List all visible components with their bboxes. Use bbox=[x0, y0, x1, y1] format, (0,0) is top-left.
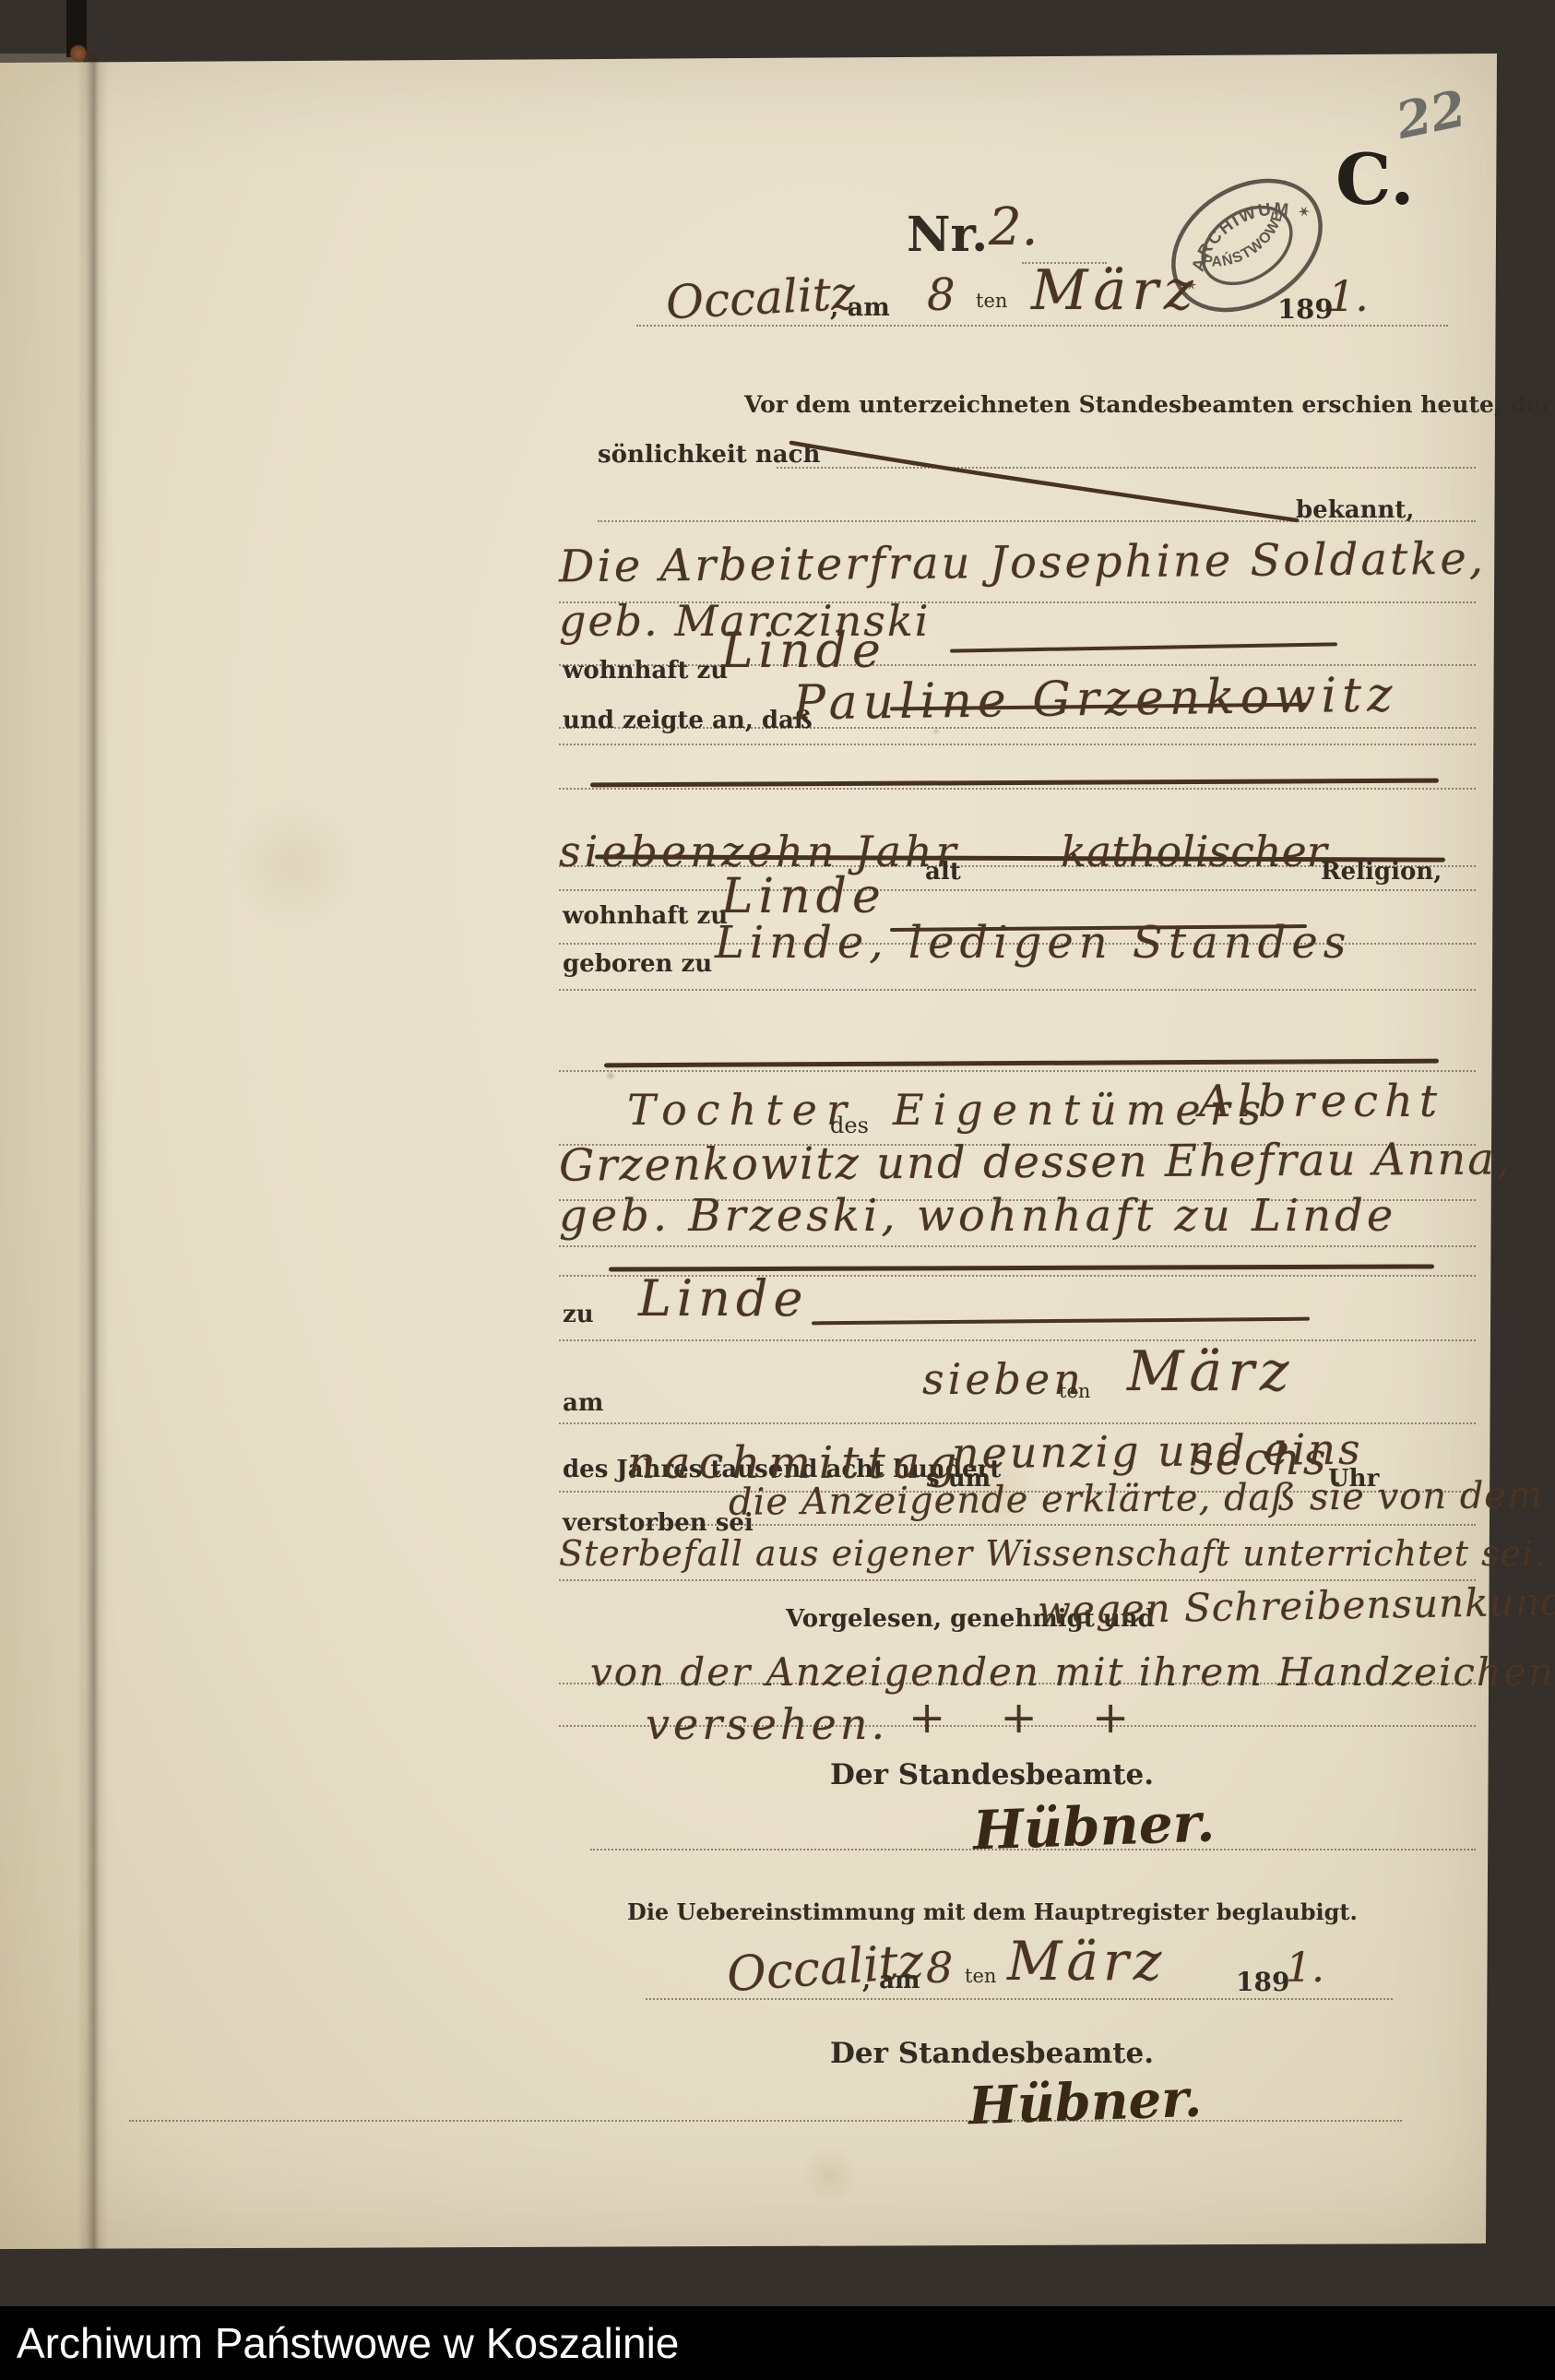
certification-line: Die Uebereinstimmung mit dem Hauptregist… bbox=[627, 1898, 1358, 1925]
registrar-signature-2: Hübner. bbox=[967, 2068, 1203, 2137]
corner-letter: C. bbox=[1335, 138, 1415, 220]
ink-rule-1-dots bbox=[559, 788, 1476, 790]
closing-rule-2 bbox=[559, 1725, 1476, 1727]
archive-caption-text: Archiwum Państwowe w Koszalinie bbox=[17, 2306, 1555, 2380]
deceased-religion: katholischer bbox=[1061, 827, 1327, 876]
adjacent-page-edge bbox=[0, 54, 83, 2249]
record-number-label: Nr. bbox=[907, 207, 988, 263]
death-rule-4 bbox=[646, 1524, 1476, 1526]
death-rule-5 bbox=[559, 1579, 1476, 1581]
crossed-out-stroke bbox=[784, 432, 1337, 533]
archive-caption-bar: Archiwum Państwowe w Koszalinie bbox=[0, 2306, 1555, 2380]
declarant-line1: Die Arbeiterfrau Josephine Soldatke, bbox=[559, 533, 1486, 593]
death-rule-1 bbox=[559, 1339, 1476, 1341]
deceased-rule-1 bbox=[559, 889, 1476, 891]
age-label: alt bbox=[925, 858, 961, 886]
date-ten-label: ten bbox=[976, 290, 1007, 312]
of-label: des bbox=[830, 1113, 869, 1138]
deceased-rule-3 bbox=[559, 989, 1476, 991]
document-scan: 22 C. Nr. 2. ARCHIWUM PAŃSTWOWE ✶ ✶ Occa… bbox=[0, 0, 1555, 2380]
religion-label: Religion, bbox=[1321, 858, 1442, 886]
ink-rule-3-dots bbox=[559, 1070, 1476, 1072]
daughter-of: Tochter bbox=[627, 1085, 856, 1135]
date-year-printed: 189 bbox=[1277, 293, 1334, 325]
born-label: geboren zu bbox=[563, 950, 712, 978]
parents-line3: geb. Brzeski, wohnhaft zu Linde bbox=[559, 1190, 1396, 1242]
death-month: März bbox=[1127, 1339, 1295, 1404]
date-day: 8 bbox=[927, 269, 956, 321]
father-first-name: Albrecht bbox=[1199, 1076, 1443, 1127]
signature-rule-1 bbox=[590, 1849, 1476, 1850]
binding-seam bbox=[77, 54, 109, 2249]
closing-hand1: wegen Schreibensunkunde bbox=[1038, 1578, 1555, 1633]
date-year-hand: 1. bbox=[1328, 271, 1369, 321]
death-note1: die Anzeigende erklärte, daß sie von dem bbox=[729, 1474, 1543, 1524]
death-note2: Sterbefall aus eigener Wissenschaft unte… bbox=[559, 1533, 1546, 1574]
registrar-signature-1: Hübner. bbox=[972, 1791, 1216, 1862]
certification-am-label: , am bbox=[862, 1967, 920, 1994]
certification-year-hand: 1. bbox=[1286, 1945, 1324, 1992]
declarant-rule-4 bbox=[559, 744, 1476, 745]
death-place: Linde bbox=[638, 1269, 808, 1327]
death-zu-label: zu bbox=[563, 1301, 594, 1328]
handmark-crosses: + + + bbox=[908, 1692, 1149, 1743]
deceased-resident-label: wohnhaft zu bbox=[563, 902, 728, 930]
deceased-residence: Linde bbox=[721, 869, 886, 924]
date-line-rule bbox=[636, 325, 1448, 327]
intro-line1: Vor dem unterzeichneten Standesbeamten e… bbox=[744, 391, 1555, 418]
declarant-resident-label: wohnhaft zu bbox=[563, 657, 728, 684]
date-am-label: , am bbox=[830, 293, 890, 322]
reported-label: und zeigte an, daß bbox=[563, 707, 813, 734]
date-month: März bbox=[1031, 258, 1199, 323]
closing-hand3: versehen. bbox=[646, 1699, 888, 1749]
registrar-label-2: Der Standesbeamte. bbox=[830, 2037, 1154, 2070]
death-ten-label: ten bbox=[1059, 1380, 1090, 1402]
record-number-value: 2. bbox=[989, 197, 1038, 257]
registrar-label-1: Der Standesbeamte. bbox=[830, 1758, 1154, 1791]
certification-ten-label: ten bbox=[965, 1965, 996, 1987]
signature-rule-2 bbox=[129, 2120, 1402, 2122]
stamp-star-right: ✶ bbox=[1296, 202, 1313, 220]
closing-rule-1 bbox=[559, 1683, 1476, 1684]
declarant-residence: Linde bbox=[721, 624, 886, 679]
certification-year-printed: 189 bbox=[1236, 1967, 1289, 1997]
parents-rule-3 bbox=[559, 1245, 1476, 1247]
deceased-name: Pauline Grzenkowitz bbox=[793, 667, 1398, 731]
binding-rust-spot bbox=[70, 44, 87, 63]
date-place: Occalitz bbox=[665, 267, 857, 330]
death-am-label: am bbox=[563, 1389, 603, 1417]
certification-month: März bbox=[1007, 1930, 1166, 1993]
birthplace: Linde, ledigen Standes bbox=[715, 917, 1351, 969]
closing-hand2: von der Anzeigenden mit ihrem Handzeiche… bbox=[590, 1649, 1555, 1695]
certification-day: 8 bbox=[926, 1943, 953, 1993]
parents-line2: Grzenkowitz und dessen Ehefrau Anna, bbox=[559, 1133, 1513, 1191]
